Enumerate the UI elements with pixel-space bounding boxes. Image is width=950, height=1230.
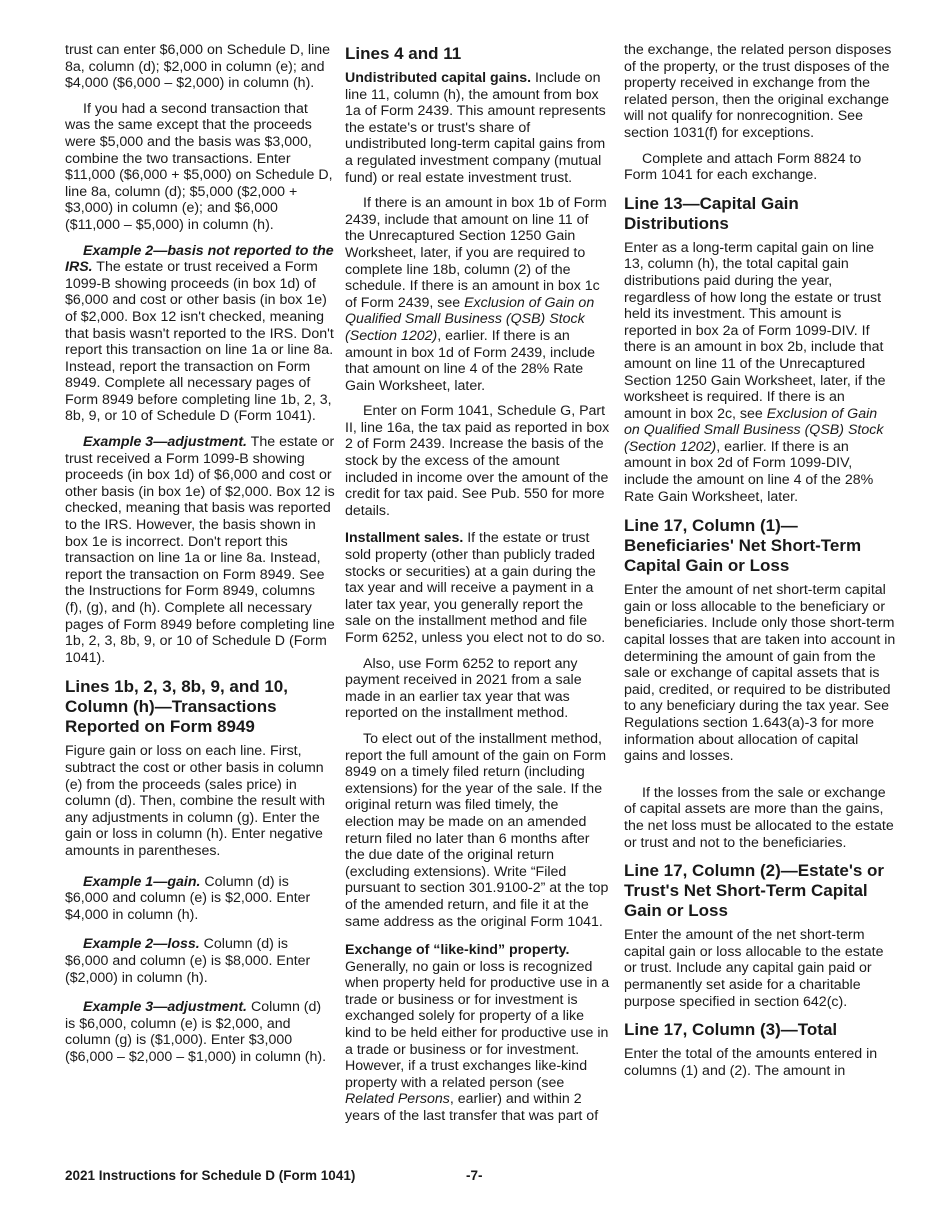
section-heading: Line 17, Column (1)—Beneficiaries' Net S… [624, 516, 896, 576]
paragraph: trust can enter $6,000 on Schedule D, li… [65, 42, 335, 92]
paragraph: Also, use Form 6252 to report any paymen… [345, 656, 610, 722]
column-middle: Lines 4 and 11 Undistributed capital gai… [345, 42, 610, 1134]
paragraph: Enter as a long-term capital gain on lin… [624, 240, 896, 506]
paragraph: Enter on Form 1041, Schedule G, Part II,… [345, 403, 610, 519]
paragraph: To elect out of the installment method, … [345, 731, 610, 930]
cross-reference: Related Persons [345, 1091, 450, 1107]
example-paragraph: Example 1—gain. Column (d) is $6,000 and… [65, 874, 335, 924]
paragraph: Complete and attach Form 8824 to Form 10… [624, 151, 896, 184]
example-paragraph: Example 3—adjustment. Column (d) is $6,0… [65, 999, 335, 1065]
section-heading: Line 17, Column (2)—Estate's or Trust's … [624, 861, 896, 921]
page-number: -7- [466, 1168, 483, 1183]
footer-title: 2021 Instructions for Schedule D (Form 1… [65, 1168, 355, 1183]
example-label: Example 2—loss. [83, 936, 200, 952]
paragraph: Installment sales. If the estate or trus… [345, 530, 610, 646]
column-right: the exchange, the related person dispose… [624, 42, 896, 1088]
example-paragraph: Example 2—loss. Column (d) is $6,000 and… [65, 936, 335, 986]
paragraph: If there is an amount in box 1b of Form … [345, 195, 610, 394]
section-heading: Lines 4 and 11 [345, 44, 610, 64]
run-in-heading: Exchange of “like-kind” property. [345, 942, 569, 958]
section-heading: Line 13—Capital Gain Distributions [624, 194, 896, 234]
paragraph: the exchange, the related person dispose… [624, 42, 896, 142]
paragraph: If the losses from the sale or exchange … [624, 785, 896, 851]
run-in-heading: Installment sales. [345, 530, 463, 546]
example-paragraph: Example 2—basis not reported to the IRS.… [65, 243, 335, 426]
run-in-heading: Undistributed capital gains. [345, 70, 531, 86]
paragraph: Exchange of “like-kind” property. Genera… [345, 942, 610, 1125]
paragraph: Enter the total of the amounts entered i… [624, 1046, 896, 1079]
section-heading: Lines 1b, 2, 3, 8b, 9, and 10, Column (h… [65, 677, 335, 737]
paragraph: Figure gain or loss on each line. First,… [65, 743, 335, 859]
example-label: Example 1—gain. [83, 874, 200, 890]
paragraph: Undistributed capital gains. Include on … [345, 70, 610, 186]
example-paragraph: Example 3—adjustment. The estate or trus… [65, 434, 335, 666]
example-label: Example 3—adjustment. [83, 999, 247, 1015]
section-heading: Line 17, Column (3)—Total [624, 1020, 896, 1040]
column-left: trust can enter $6,000 on Schedule D, li… [65, 42, 335, 1074]
paragraph: Enter the amount of the net short-term c… [624, 927, 896, 1010]
example-label: Example 3—adjustment. [83, 434, 247, 450]
paragraph: Enter the amount of net short-term capit… [624, 582, 896, 765]
paragraph: If you had a second transaction that was… [65, 101, 335, 234]
